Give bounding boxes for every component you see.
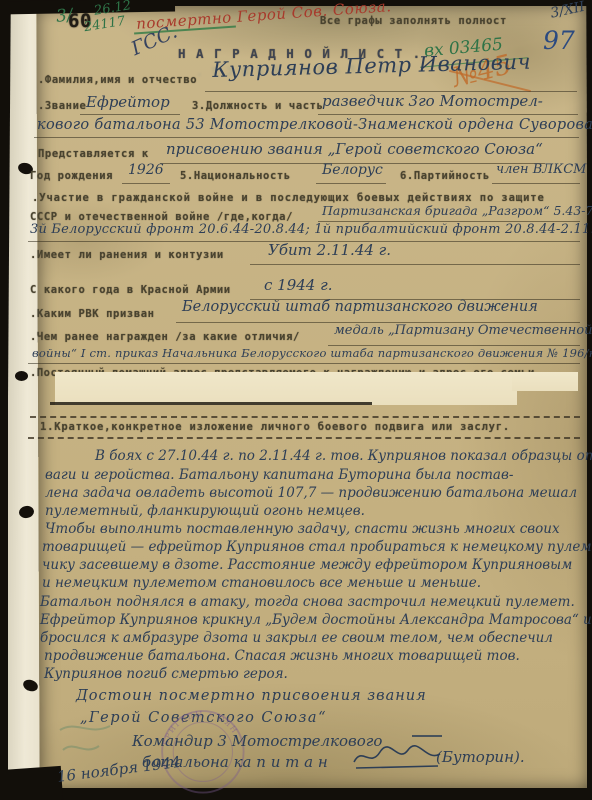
body-line: Ефрейтор Куприянов крикнул „Будем достой… <box>40 612 592 628</box>
signature-scribble <box>350 742 445 774</box>
field-rvk-label: .Каким РВК призван <box>30 308 155 320</box>
field-rank-value: Ефрейтор <box>86 93 170 111</box>
body-line: Батальон поднялся в атаку, тогда снова з… <box>40 594 575 610</box>
punch-hole <box>15 371 28 381</box>
body-line: товарищей — ефрейтор Куприянов стал проб… <box>42 539 592 555</box>
page-number: 97 <box>543 26 575 55</box>
field-service-value2: 3й Белорусский фронт 20.6.44-20.8.44; 1й… <box>30 222 592 237</box>
field-party-value: член ВЛКСМ <box>496 162 586 177</box>
field-wounds-label: .Имеет ли ранения и контузии <box>30 249 224 261</box>
scan-edge-bottom-left <box>0 766 63 800</box>
field-submit-label: Представляется к <box>38 148 149 160</box>
field-submit-value: присвоению звания „Герой советского Союз… <box>166 140 543 158</box>
field-name-label: .Фамилия,имя и отчество <box>38 74 197 86</box>
field-position-label: 3.Должность и часть <box>192 100 324 112</box>
body-line: пулеметный, фланкирующий огонь немцев. <box>45 503 365 519</box>
signature-name: (Буторин). <box>436 748 525 766</box>
field-nation-label: 5.Национальность <box>180 170 291 182</box>
field-awards-label: .Чем ранее награжден /за какие отличия/ <box>30 331 300 343</box>
scan-edge-left <box>0 0 8 800</box>
body-line: Чтобы выполнить поставленную задачу, спа… <box>45 521 560 537</box>
signature-dash <box>412 735 442 737</box>
censor-strip-shadow <box>50 402 372 405</box>
field-awards-value1: медаль „Партизану Отечественной <box>334 323 592 338</box>
fill-instruction: Все графы заполнять полност <box>320 15 507 27</box>
field-party-label: 6.Партийность <box>400 170 490 182</box>
field-wounds-value: Убит 2.11.44 г. <box>268 241 391 259</box>
censor-paper-strip <box>512 372 578 391</box>
field-position-value: разведчик 3го Мотострел- <box>322 92 543 110</box>
body-line: В боях с 27.10.44 г. по 2.11.44 г. тов. … <box>95 448 592 464</box>
document-scan: 3/ 60 26.12 24117 посмертно Герой Сов. С… <box>0 0 592 800</box>
round-stamp: БРИГАДЫ • ОЯН <box>135 700 270 800</box>
body-line: лена задача овладеть высотой 107,7 — про… <box>45 485 577 501</box>
field-service-value1: Партизанская бригада „Разгром“ 5.43-7.44… <box>322 203 592 218</box>
field-birth-label: Год рождения <box>30 170 113 182</box>
field-birth-value: 1926 <box>128 162 164 178</box>
field-army-value: с 1944 г. <box>264 276 332 294</box>
field-rvk-value: Белорусский штаб партизанского движения <box>182 299 538 315</box>
body-line: чику засевшему в дзоте. Расстояние между… <box>42 557 572 573</box>
field-awards-value2: войны“ I ст. приказ Начальника Белорусск… <box>32 346 592 360</box>
body-line: бросился к амбразуре дзота и закрыл ее с… <box>40 630 553 646</box>
field-army-label: С какого года в Красной Армии <box>30 284 231 296</box>
field-rank-label: .Звание <box>38 100 86 112</box>
body-line: продвижение батальона. Спасая жизнь мног… <box>44 648 520 664</box>
censor-paper-strip <box>55 372 517 405</box>
scan-edge-bottom <box>0 788 592 800</box>
field-position-value2: кового батальона 53 Мотострелковой-Знаме… <box>37 117 592 133</box>
body-line: ваги и геройства. Батальону капитана Бут… <box>45 467 513 483</box>
field-nation-value: Белорус <box>322 162 383 178</box>
body-line: Куприянов погиб смертью героя. <box>44 666 288 682</box>
body-line: и немецким пулеметом становилось все мен… <box>42 575 481 591</box>
section2-header: 1.Краткое,конкретное изложение личного б… <box>40 421 510 433</box>
signature-line1: Командир 3 Мотострелкового <box>132 732 382 750</box>
